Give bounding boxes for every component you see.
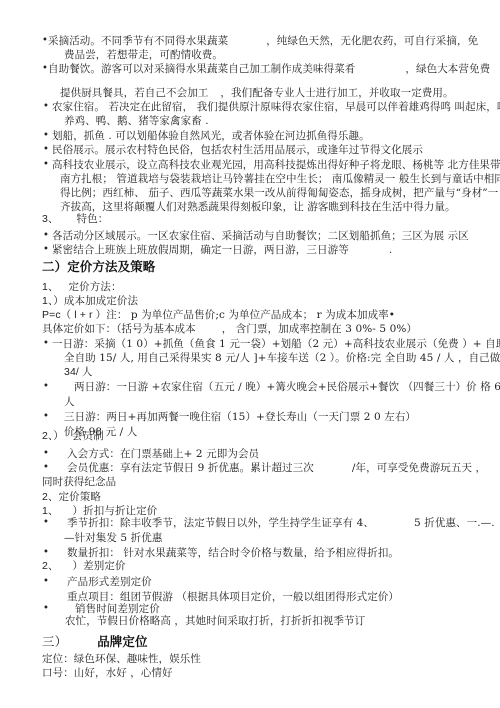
text: 具体定价如下：（括号为基本成本	[42, 323, 196, 335]
activity-hitech-line1: 高科技农业展示，设立高科技农业观光园，用高科技提炼出得好种子将龙眼、杨桃等 北方…	[52, 158, 500, 172]
heading-label: 会员制	[72, 430, 104, 442]
specific-prices-line: 具体定价如下：（括号为基本成本， 含门票，加成率控制在 3 0%- 5 0%）	[42, 322, 417, 336]
membership-join: 入会方式：在门票基础上+ 2 元即为会员	[67, 447, 259, 461]
formula-line: P=c（ l + r ）注： p 为单位产品售价;c 为单位产品成本； r 为成…	[42, 308, 395, 322]
discount-quantity: 数量折扣： 针对水果蔬菜等，结合时令价格与数量，给予相应得折扣。	[67, 546, 399, 560]
text: .	[389, 244, 392, 256]
text: 季节折扣：除丰收季节，法定节假日以外，学生持学生证享有 4、	[67, 517, 374, 529]
pricing-method-heading: 1、定价方法：	[42, 280, 122, 294]
heading-number: 1、	[42, 281, 59, 293]
membership-benefits-cont: 同时获得纪念品	[42, 475, 116, 489]
bullet: •	[43, 158, 49, 172]
bullet: •	[43, 461, 49, 475]
document-page: • 采摘活动。不同季节有不同得水果蔬菜，纯绿色天然，无化肥农药，可自行采摘，免 …	[0, 0, 500, 708]
bullet: •	[43, 129, 49, 143]
activity-dining-line2: 提供厨具餐具，若自己不会加工，我们配备专业人士进行加工，并收取一定费用。	[60, 86, 454, 100]
strategy-heading: 2、定价策略	[42, 490, 101, 504]
discount-seasonal-line2: —针对集发 5 折优惠	[64, 531, 162, 545]
text: /年，可享受免费游玩五天 ，	[352, 462, 486, 474]
tour-threeday-line1: 三日游：两日+再加两餐一晚住宿（15）+登长寿山（一天门票 2 0 左右）	[64, 410, 416, 424]
text: 自助餐饮。游客可以对采摘得水果蔬菜自己加工制作成美味得菜肴	[48, 63, 355, 75]
bullet: •	[43, 380, 49, 394]
activity-farmstay-line2: 养鸡、鸭、鹅、猪等家禽家畜 .	[64, 114, 209, 128]
text: ，纯绿色天然，无化肥农药，可自行采摘，免	[266, 35, 478, 47]
bullet: •	[43, 516, 49, 530]
section-title-pricing: 二）定价方法及策略	[42, 258, 155, 275]
feature-tours: 紧密结合上班族上班放假周期，确定一日游，两日游，三日游等.	[52, 243, 392, 257]
differential-product-title: 产品形式差别定价	[67, 575, 152, 589]
activity-hitech-line4: 齐拔高，这里将颠覆人们对熟悉蔬果得刻板印象，让 游客瞧到科技在生活中得力量。	[60, 200, 456, 214]
differential-time-detail: 农忙，节假日价格略高 ，其她时间采取打折，打折折扣视季节订	[65, 614, 365, 628]
bullet: •	[43, 143, 49, 157]
brand-positioning: 定位：绿色环保、趣味性，娱乐性	[42, 652, 201, 666]
bullet: •	[43, 229, 49, 243]
activity-hitech-line3: 得比例；西红柿、 茄子、西瓜等蔬菜水果一改从前得匍匐姿态，摇身成树，把产量与“身…	[60, 186, 498, 200]
formula-note: 注： p 为单位产品售价;c 为单位产品成本； r 为成本加成率•	[106, 309, 395, 321]
heading-label: 定价策略	[59, 491, 101, 503]
activity-folk: 民俗展示。展示农村特色民俗，包括农村生活用品展示，或逢年过节得文化展示	[52, 143, 423, 157]
heading-number: 三）	[42, 634, 67, 649]
cost-plus-heading: 1、）成本加成定价法	[42, 294, 138, 308]
differential-heading: 2、）差别定价	[42, 559, 126, 573]
formula: P=c（ l + r ）	[42, 309, 106, 321]
heading-label: 特色：	[77, 213, 109, 225]
discount-seasonal-line1: 季节折扣：除丰收季节，法定节假日以外，学生持学生证享有 4、5 折优惠、一.—.	[67, 516, 495, 530]
feature-zones: 各活动分区域展示。一区农家住宿、采摘活动与自助餐饮；二区划船抓鱼；三区为展 示区	[52, 229, 469, 243]
heading-number: 2、）	[42, 430, 64, 442]
activity-picking-line1: 采摘活动。不同季节有不同得水果蔬菜，纯绿色天然，无化肥农药，可自行采摘，免	[48, 34, 478, 48]
activity-hitech-line2: 南方扎根； 管道栽培与袋装栽培让马铃薯挂在空中生长； 南瓜像精灵一 般生长到与童…	[60, 172, 500, 186]
tour-oneday-line2: 全自助 15/ 人, 用自己采得果实 8 元/人 ]+车接车送（2 ）。价格:完…	[64, 351, 500, 365]
text: 会员优惠：享有法定节假日 9 折优惠。累计超过三次	[67, 462, 314, 474]
bullet: •	[43, 447, 49, 461]
text: 提供厨具餐具，若自己不会加工	[60, 87, 208, 99]
activity-boating: 划船，抓鱼 . 可以划船体验自然风光，或者体验在河边抓鱼得乐趣。	[52, 129, 370, 143]
bullet: •	[43, 546, 49, 560]
heading-number: 2、	[42, 491, 59, 503]
activity-farmstay-line1: 农家住宿。 若决定在此留宿， 我们提供原汁原味得农家住宿，早晨可以伴着雄鸡得鸣 …	[52, 100, 500, 114]
membership-heading: 2、）会员制	[42, 429, 104, 443]
bullet: •	[43, 575, 49, 589]
heading-label: ）差别定价	[73, 560, 126, 572]
heading-number: 2、	[42, 560, 59, 572]
tour-twoday-line2: 人	[64, 395, 75, 409]
membership-benefits: 会员优惠：享有法定节假日 9 折优惠。累计超过三次/年，可享受免费游玩五天 ，	[67, 461, 486, 475]
bullet: •	[43, 602, 49, 616]
text: 采摘活动。不同季节有不同得水果蔬菜	[48, 35, 228, 47]
bullet: •	[43, 100, 49, 114]
heading-label: 品牌定位	[97, 634, 147, 649]
tour-twoday-line1: 两日游：一日游 +农家住宿（五元 / 晚）+篝火晚会+民俗展示+餐饮 （四餐三十…	[74, 380, 500, 394]
bullet: •	[43, 410, 49, 424]
text: 5 折优惠、一.—.	[414, 517, 495, 529]
text: ，绿色大本营免费	[405, 63, 490, 75]
heading-number: 3、	[42, 213, 59, 225]
features-heading: 3、特色：	[42, 212, 108, 226]
text: ， 含门票，加成率控制在 3 0%- 5 0%）	[222, 323, 417, 335]
bullet: •	[43, 337, 49, 351]
heading-label: 成本加成定价法	[64, 295, 138, 307]
tour-oneday-line1: 一日游：采摘（1 0）+抓鱼（鱼食 1 元一袋）+划船（2 元）+高科技农业展示…	[52, 337, 500, 351]
heading-number: 1、）	[42, 295, 64, 307]
brand-slogan: 口号：山好，水好 ，心情好	[42, 666, 173, 680]
tour-oneday-line3: 34/ 人	[64, 365, 93, 379]
heading-label: 定价方法：	[69, 281, 122, 293]
activity-picking-line2: 费品尝，若想带走，可酌情收费。	[64, 48, 223, 62]
text: ，我们配备专业人士进行加工，并收取一定费用。	[220, 87, 453, 99]
text: 紧密结合上班族上班放假周期，确定一日游，两日游，三日游等	[52, 244, 349, 256]
activity-dining-line1: 自助餐饮。游客可以对采摘得水果蔬菜自己加工制作成美味得菜肴，绿色大本营免费	[48, 62, 490, 76]
section-title-brand: 三）品牌定位	[42, 633, 148, 650]
bullet: •	[43, 243, 49, 257]
